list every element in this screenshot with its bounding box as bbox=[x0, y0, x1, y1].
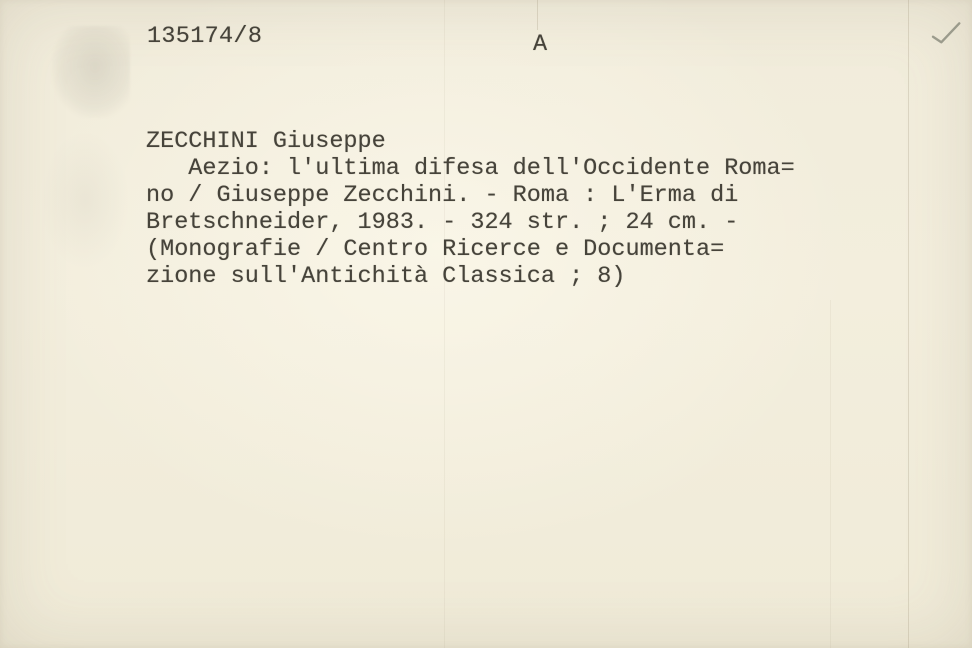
paper-smudge bbox=[52, 26, 130, 118]
paper-crease bbox=[537, 0, 538, 30]
paper-crease bbox=[908, 0, 909, 648]
call-number: 135174/8 bbox=[147, 23, 262, 50]
paper-smudge bbox=[40, 130, 130, 270]
entry-line: Aezio: l'ultima difesa dell'Occidente Ro… bbox=[146, 155, 795, 182]
section-letter: A bbox=[533, 31, 547, 58]
entry-line: Bretschneider, 1983. - 324 str. ; 24 cm.… bbox=[146, 209, 795, 236]
paper-crease bbox=[444, 0, 445, 648]
bibliographic-entry: ZECCHINI Giuseppe Aezio: l'ultima difesa… bbox=[146, 128, 795, 290]
entry-line: (Monografie / Centro Ricerce e Documenta… bbox=[146, 236, 795, 263]
catalog-card: 135174/8 A ZECCHINI Giuseppe Aezio: l'ul… bbox=[0, 0, 972, 648]
entry-line: no / Giuseppe Zecchini. - Roma : L'Erma … bbox=[146, 182, 795, 209]
entry-line-heading: ZECCHINI Giuseppe bbox=[146, 128, 795, 155]
entry-line: zione sull'Antichità Classica ; 8) bbox=[146, 263, 795, 290]
pencil-checkmark-icon bbox=[930, 20, 964, 53]
paper-crease bbox=[830, 300, 831, 648]
